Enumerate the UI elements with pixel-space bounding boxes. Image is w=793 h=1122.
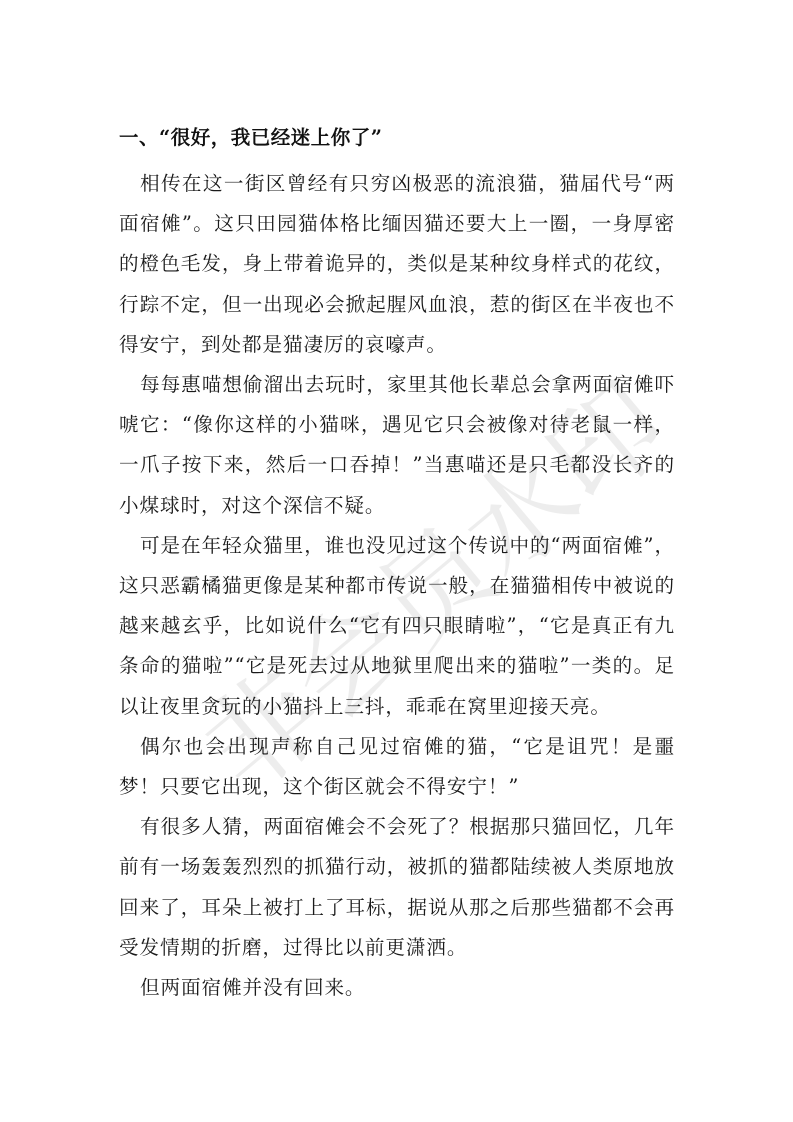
paragraph: 偶尔也会出现声称自己见过宿傩的猫，“它是诅咒！是噩梦！只要它出现，这个街区就会不… [119, 727, 675, 807]
document-page: 一、“很好，我已经迷上你了” 相传在这一街区曾经有只穷凶极恶的流浪猫，猫届代号“… [0, 0, 793, 1122]
section-heading: 一、“很好，我已经迷上你了” [119, 123, 675, 153]
paragraph: 有很多人猜，两面宿傩会不会死了？根据那只猫回忆，几年前有一场轰轰烈烈的抓猫行动，… [119, 807, 675, 968]
paragraph: 相传在这一街区曾经有只穷凶极恶的流浪猫，猫届代号“两面宿傩”。这只田园猫体格比缅… [119, 164, 675, 365]
paragraph: 可是在年轻众猫里，谁也没见过这个传说中的“两面宿傩”，这只恶霸橘猫更像是某种都市… [119, 526, 675, 727]
paragraph: 每每惠喵想偷溜出去玩时，家里其他长辈总会拿两面宿傩吓唬它：“像你这样的小猫咪，遇… [119, 365, 675, 526]
paragraph: 但两面宿傩并没有回来。 [119, 968, 675, 1008]
document-body: 一、“很好，我已经迷上你了” 相传在这一街区曾经有只穷凶极恶的流浪猫，猫届代号“… [119, 123, 675, 1008]
